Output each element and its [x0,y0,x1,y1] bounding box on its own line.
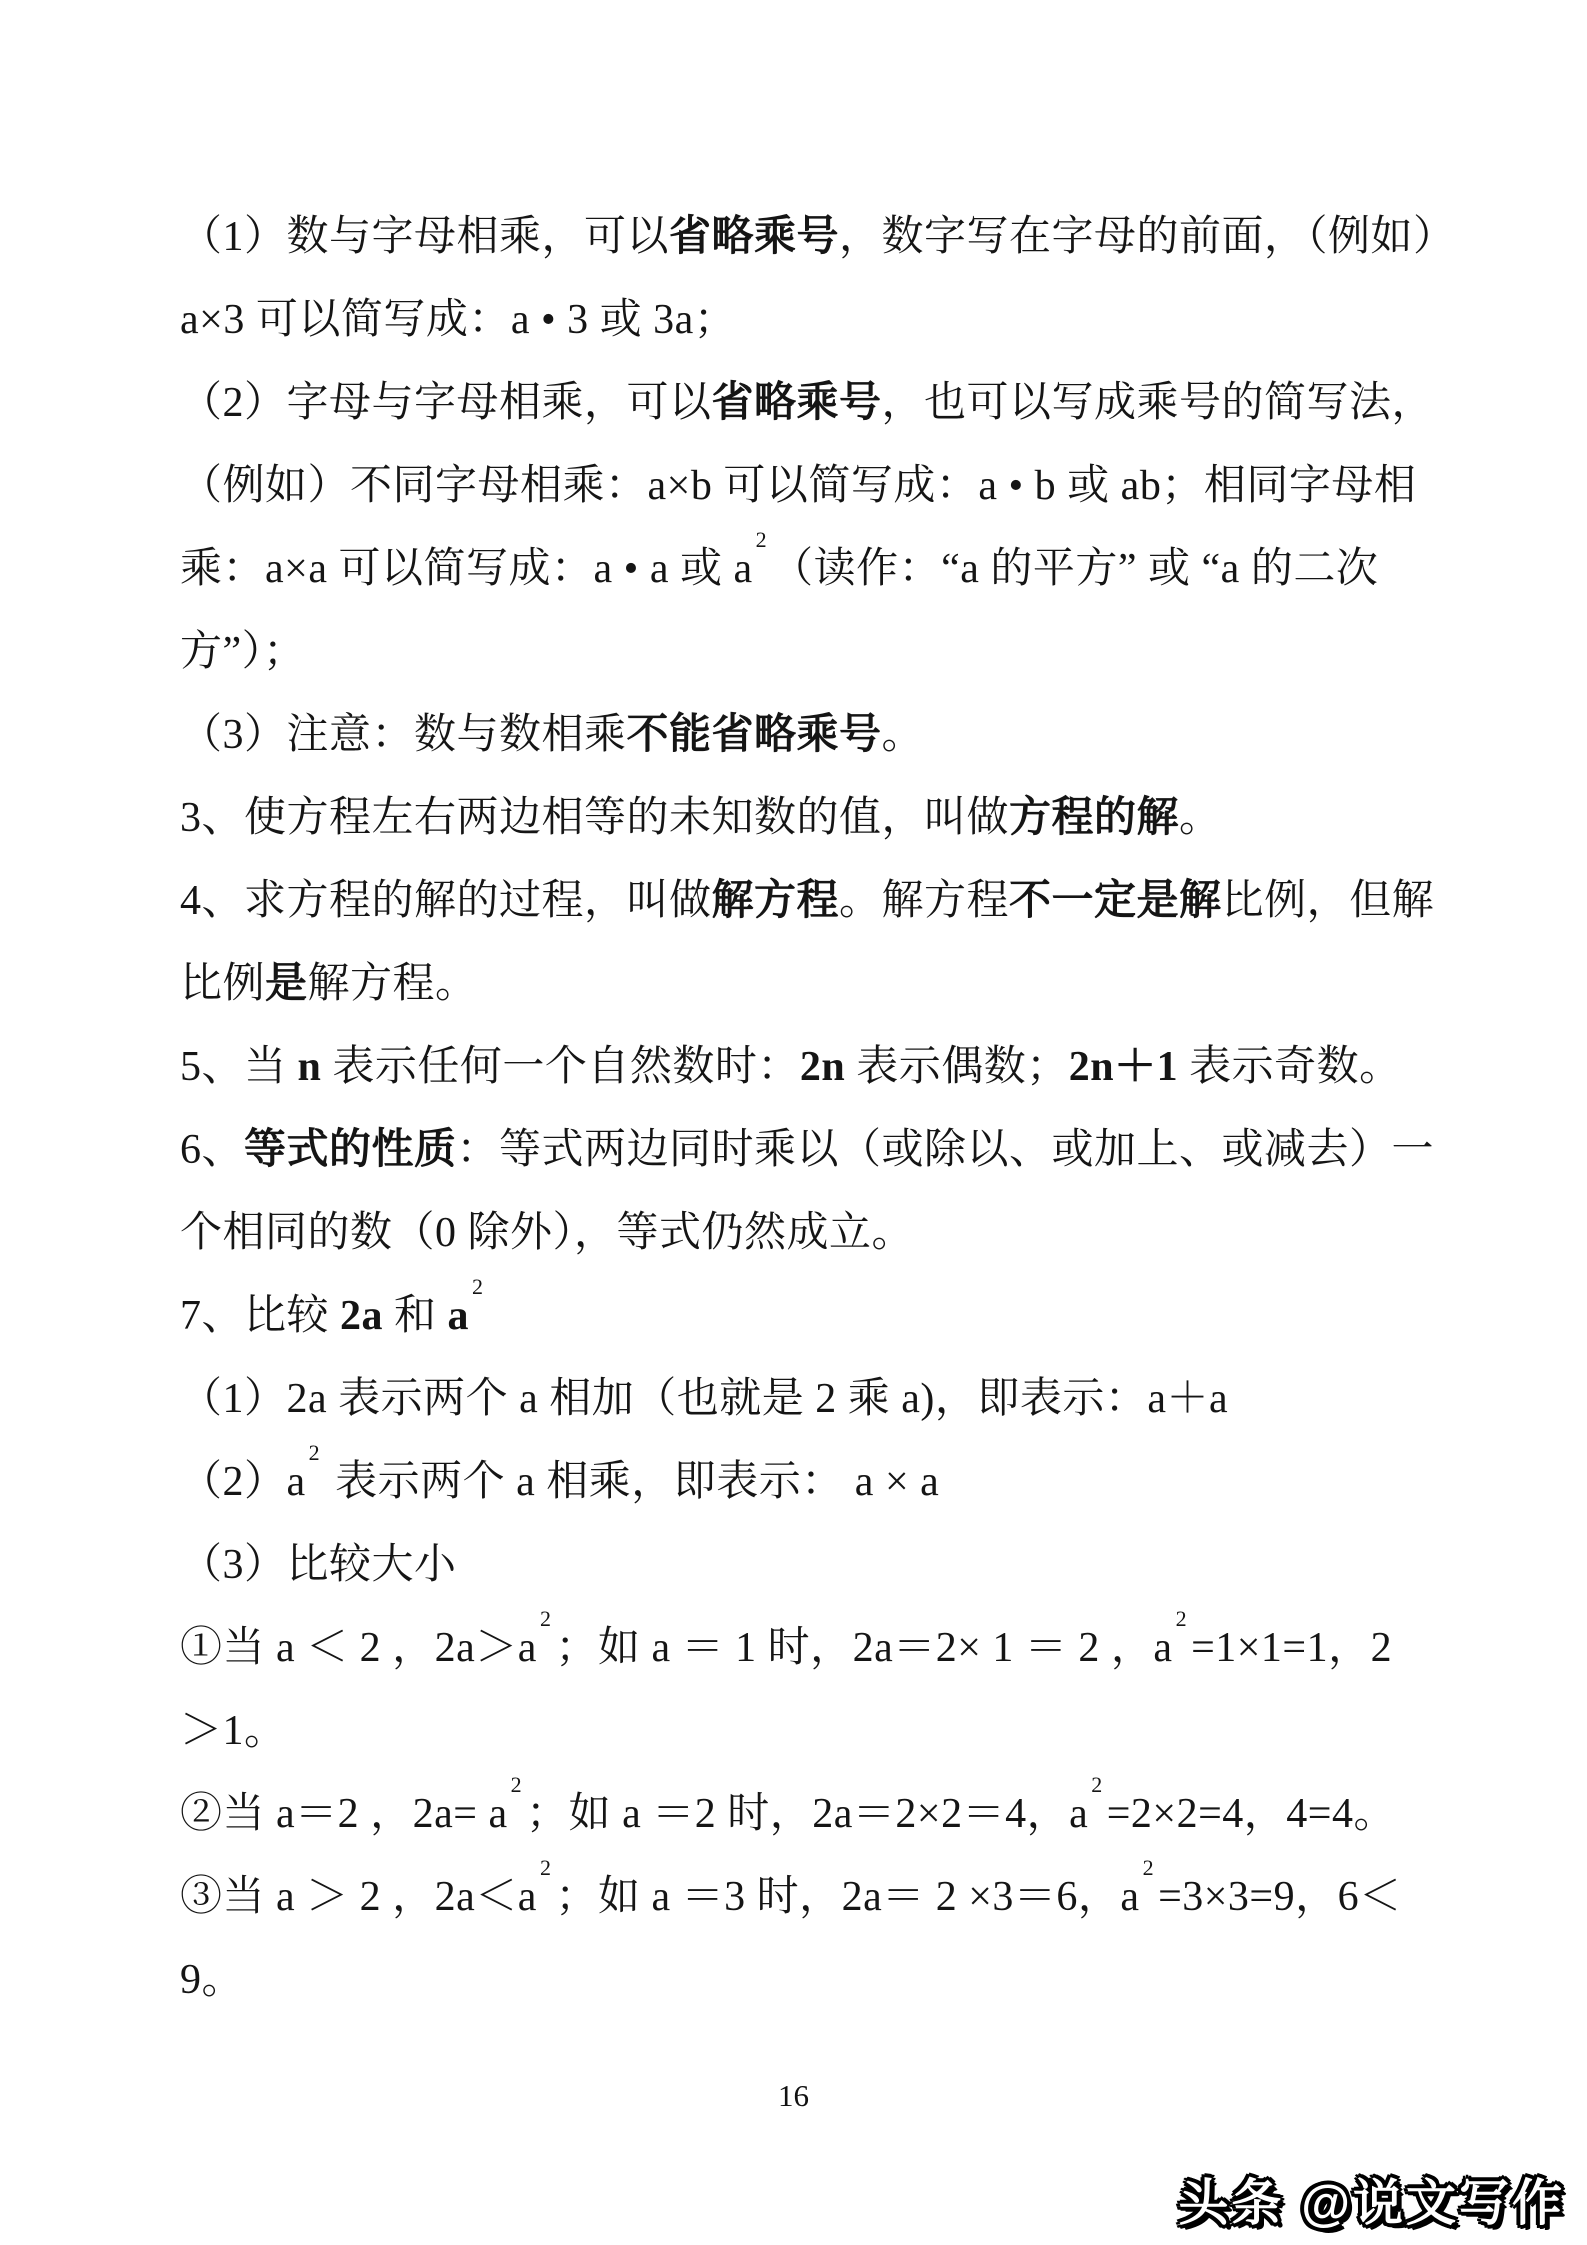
watermark: 头条 @说文写作 [1178,2163,1565,2235]
text-line: （2）a2 表示两个 a 相乘，即表示： a × a [180,1441,1460,1524]
text-run: 3、使方程左右两边相等的未知数的值，叫做 [180,795,1009,841]
text-line: （1）2a 表示两个 a 相加（也就是 2 乘 a)，即表示：a＋a [180,1358,1460,1441]
superscript: 2 [472,1274,484,1299]
text-run: ；如 a ＝3 时，2a＝ 2 ×3＝6，a [555,1874,1139,1920]
text-line: 9。 [180,1939,1460,2022]
text-line: （3）注意：数与数相乘不能省略乘号。 [180,694,1460,777]
text-line: （例如）不同字母相乘：a×b 可以简写成：a • b 或 ab；相同字母相 [180,445,1460,528]
text-line: ③当 a ＞ 2 ，2a＜a2；如 a ＝3 时，2a＝ 2 ×3＝6，a2=3… [180,1856,1460,1939]
text-run: （例如）不同字母相乘：a×b 可以简写成：a • b 或 ab；相同字母相 [180,463,1416,509]
text-line: 6、等式的性质：等式两边同时乘以（或除以、或加上、或减去）一 [180,1109,1460,1192]
text-line: （2）字母与字母相乘，可以省略乘号，也可以写成乘号的简写法， [180,362,1460,445]
bold-text: 解方程 [712,878,840,924]
text-run: 9。 [180,1957,244,2003]
text-run: 。 [882,712,925,758]
text-run: 。 [1179,795,1222,841]
text-run: =1×1=1，2 [1191,1625,1392,1671]
text-run: ①当 a ＜ 2 ，2a＞a [180,1625,537,1671]
text-run: （3）比较大小 [180,1542,457,1588]
superscript: 2 [309,1440,321,1465]
bold-text: 不一定是解 [1009,878,1222,924]
bold-text: 不能省略乘号 [627,712,882,758]
text-run: 表示偶数； [845,1044,1069,1090]
bold-text: 省略乘号 [712,380,882,426]
text-run: ：等式两边同时乘以（或除以、或加上、或减去）一 [457,1127,1435,1173]
text-run: ②当 a＝2 ，2a= a [180,1791,508,1837]
text-run: 比例，但解 [1222,878,1435,924]
text-run: 6、 [180,1127,244,1173]
text-run: ，数字写在字母的前面，（例如） [839,214,1456,260]
text-run: 。解方程 [839,878,1009,924]
text-run: 乘：a×a 可以简写成：a • a 或 a [180,546,753,592]
superscript: 2 [1143,1855,1155,1880]
text-line: （1）数与字母相乘，可以省略乘号，数字写在字母的前面，（例如） [180,196,1460,279]
text-run: 表示两个 a 相乘，即表示： a × a [324,1459,939,1505]
text-run: ，也可以写成乘号的简写法， [882,380,1435,426]
text-run: （1）2a 表示两个 a 相加（也就是 2 乘 a)，即表示：a＋a [180,1376,1228,1422]
text-run: 方”）； [180,629,306,675]
bold-text: 2n [800,1044,845,1090]
text-run: =2×2=4，4=4。 [1107,1791,1396,1837]
document-body: （1）数与字母相乘，可以省略乘号，数字写在字母的前面，（例如）a×3 可以简写成… [180,196,1460,2022]
bold-text: 方程的解 [1009,795,1179,841]
text-run: （1）数与字母相乘，可以 [180,214,669,260]
superscript: 2 [1091,1772,1103,1797]
superscript: 2 [1176,1606,1188,1631]
bold-text: 是 [265,961,308,1007]
text-line: 比例是解方程。 [180,943,1460,1026]
text-run: ；如 a ＝ 1 时，2a＝2× 1 ＝ 2 ，a [555,1625,1172,1671]
text-line: 5、当 n 表示任何一个自然数时：2n 表示偶数；2n＋1 表示奇数。 [180,1026,1460,1109]
bold-text: a [448,1293,470,1339]
text-line: 4、求方程的解的过程，叫做解方程。解方程不一定是解比例，但解 [180,860,1460,943]
text-run: ；如 a ＝2 时，2a＝2×2＝4，a [526,1791,1088,1837]
superscript: 2 [540,1606,552,1631]
superscript: 2 [756,527,768,552]
text-run: 表示任何一个自然数时： [321,1044,800,1090]
text-line: 7、比较 2a 和 a2 [180,1275,1460,1358]
text-line: 乘：a×a 可以简写成：a • a 或 a2（读作：“a 的平方” 或 “a 的… [180,528,1460,611]
text-run: 表示奇数。 [1178,1044,1402,1090]
text-line: （3）比较大小 [180,1524,1460,1607]
text-run: =3×3=9，6＜ [1158,1874,1402,1920]
bold-text: 等式的性质 [244,1127,457,1173]
bold-text: 2a [340,1293,383,1339]
text-line: ②当 a＝2 ，2a= a2；如 a ＝2 时，2a＝2×2＝4，a2=2×2=… [180,1773,1460,1856]
text-run: a×3 可以简写成：a • 3 或 3a； [180,297,736,343]
text-run: （2）a [180,1459,306,1505]
page-number: 16 [0,2078,1587,2114]
bold-text: n [298,1044,322,1090]
text-line: 3、使方程左右两边相等的未知数的值，叫做方程的解。 [180,777,1460,860]
text-line: ①当 a ＜ 2 ，2a＞a2；如 a ＝ 1 时，2a＝2× 1 ＝ 2 ，a… [180,1607,1460,1690]
text-line: 个相同的数（0 除外），等式仍然成立。 [180,1192,1460,1275]
text-run: 解方程。 [308,961,478,1007]
text-run: 5、当 [180,1044,298,1090]
text-line: a×3 可以简写成：a • 3 或 3a； [180,279,1460,362]
text-run: （2）字母与字母相乘，可以 [180,380,712,426]
superscript: 2 [511,1772,523,1797]
text-line: ＞1。 [180,1690,1460,1773]
text-run: 4、求方程的解的过程，叫做 [180,878,712,924]
document-page: （1）数与字母相乘，可以省略乘号，数字写在字母的前面，（例如）a×3 可以简写成… [0,0,1587,2245]
text-run: （读作：“a 的平方” 或 “a 的二次 [771,546,1378,592]
text-run: ＞1。 [180,1708,287,1754]
text-run: 7、比较 [180,1293,340,1339]
superscript: 2 [540,1855,552,1880]
text-run: 个相同的数（0 除外），等式仍然成立。 [180,1210,914,1256]
text-line: 方”）； [180,611,1460,694]
bold-text: 2n＋1 [1069,1044,1178,1090]
text-run: （3）注意：数与数相乘 [180,712,627,758]
bold-text: 省略乘号 [669,214,839,260]
text-run: 和 [383,1293,448,1339]
text-run: ③当 a ＞ 2 ，2a＜a [180,1874,537,1920]
text-run: 比例 [180,961,265,1007]
